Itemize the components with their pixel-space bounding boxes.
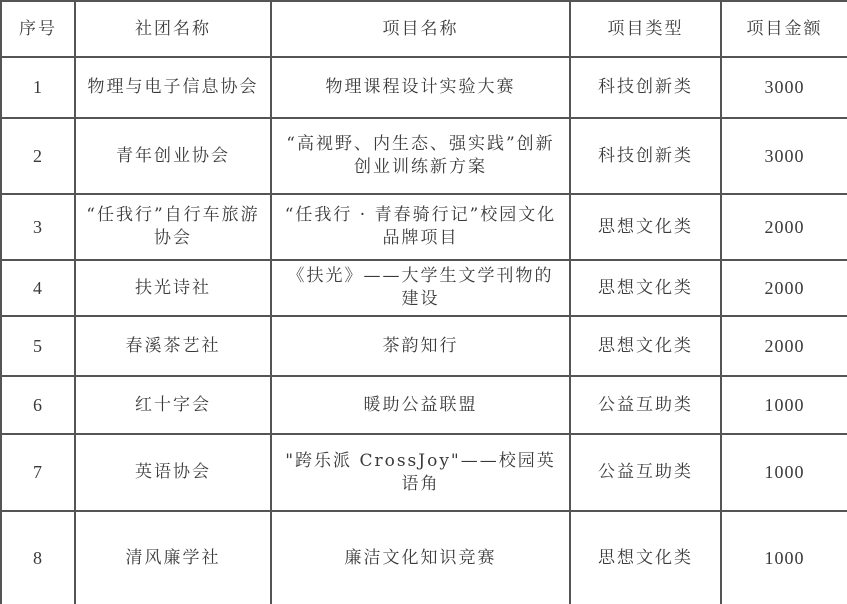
club-name: 英语协会 bbox=[75, 434, 271, 511]
project-type: 思想文化类 bbox=[570, 260, 721, 316]
club-name: 清风廉学社 bbox=[75, 511, 271, 604]
project-type: 公益互助类 bbox=[570, 376, 721, 434]
project-amount: 1000 bbox=[721, 376, 847, 434]
header-project-amount: 项目金额 bbox=[721, 1, 847, 57]
project-amount: 1000 bbox=[721, 434, 847, 511]
table-row: 1 物理与电子信息协会 物理课程设计实验大赛 科技创新类 3000 bbox=[1, 57, 847, 118]
project-type: 思想文化类 bbox=[570, 316, 721, 376]
row-index: 5 bbox=[1, 316, 75, 376]
project-name: 《扶光》——大学生文学刊物的建设 bbox=[271, 260, 570, 316]
table-row: 5 春溪茶艺社 茶韵知行 思想文化类 2000 bbox=[1, 316, 847, 376]
project-amount: 2000 bbox=[721, 194, 847, 260]
row-index: 8 bbox=[1, 511, 75, 604]
row-index: 6 bbox=[1, 376, 75, 434]
project-name: “高视野、内生态、强实践”创新创业训练新方案 bbox=[271, 118, 570, 194]
table-row: 2 青年创业协会 “高视野、内生态、强实践”创新创业训练新方案 科技创新类 30… bbox=[1, 118, 847, 194]
row-index: 4 bbox=[1, 260, 75, 316]
header-index: 序号 bbox=[1, 1, 75, 57]
table-row: 7 英语协会 "跨乐派 CrossJoy"——校园英语角 公益互助类 1000 bbox=[1, 434, 847, 511]
club-name: “任我行”自行车旅游协会 bbox=[75, 194, 271, 260]
project-name: 茶韵知行 bbox=[271, 316, 570, 376]
project-name: 廉洁文化知识竞赛 bbox=[271, 511, 570, 604]
project-type: 科技创新类 bbox=[570, 118, 721, 194]
project-amount: 1000 bbox=[721, 511, 847, 604]
club-name: 春溪茶艺社 bbox=[75, 316, 271, 376]
project-amount: 2000 bbox=[721, 260, 847, 316]
club-projects-table: 序号 社团名称 项目名称 项目类型 项目金额 1 物理与电子信息协会 物理课程设… bbox=[0, 0, 847, 604]
table-row: 6 红十字会 暖助公益联盟 公益互助类 1000 bbox=[1, 376, 847, 434]
project-name: "跨乐派 CrossJoy"——校园英语角 bbox=[271, 434, 570, 511]
club-name: 红十字会 bbox=[75, 376, 271, 434]
project-amount: 3000 bbox=[721, 57, 847, 118]
project-name: 物理课程设计实验大赛 bbox=[271, 57, 570, 118]
row-index: 1 bbox=[1, 57, 75, 118]
header-row: 序号 社团名称 项目名称 项目类型 项目金额 bbox=[1, 1, 847, 57]
header-project-type: 项目类型 bbox=[570, 1, 721, 57]
club-name: 物理与电子信息协会 bbox=[75, 57, 271, 118]
table-row: 8 清风廉学社 廉洁文化知识竞赛 思想文化类 1000 bbox=[1, 511, 847, 604]
project-type: 科技创新类 bbox=[570, 57, 721, 118]
row-index: 7 bbox=[1, 434, 75, 511]
project-amount: 3000 bbox=[721, 118, 847, 194]
table-row: 3 “任我行”自行车旅游协会 “任我行 · 青春骑行记”校园文化品牌项目 思想文… bbox=[1, 194, 847, 260]
header-club-name: 社团名称 bbox=[75, 1, 271, 57]
project-name: “任我行 · 青春骑行记”校园文化品牌项目 bbox=[271, 194, 570, 260]
header-project-name: 项目名称 bbox=[271, 1, 570, 57]
project-type: 思想文化类 bbox=[570, 194, 721, 260]
club-name: 扶光诗社 bbox=[75, 260, 271, 316]
project-type: 思想文化类 bbox=[570, 511, 721, 604]
project-name: 暖助公益联盟 bbox=[271, 376, 570, 434]
row-index: 3 bbox=[1, 194, 75, 260]
project-amount: 2000 bbox=[721, 316, 847, 376]
row-index: 2 bbox=[1, 118, 75, 194]
project-type: 公益互助类 bbox=[570, 434, 721, 511]
club-name: 青年创业协会 bbox=[75, 118, 271, 194]
table-row: 4 扶光诗社 《扶光》——大学生文学刊物的建设 思想文化类 2000 bbox=[1, 260, 847, 316]
